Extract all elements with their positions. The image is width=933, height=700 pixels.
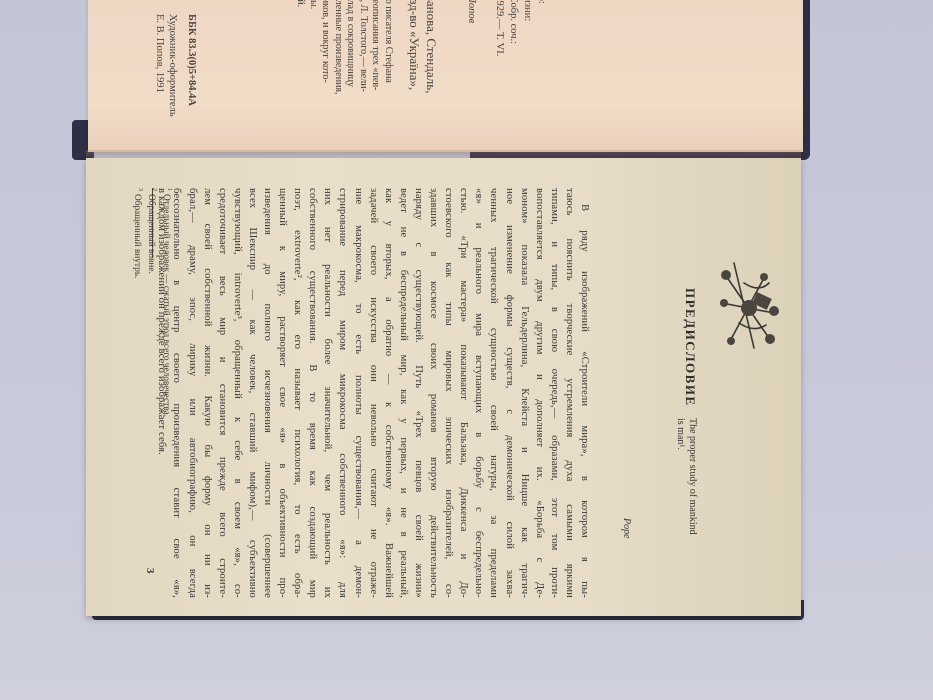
text-line: лей. xyxy=(294,0,307,95)
body-line: собственного существования. В то время к… xyxy=(305,188,320,598)
body-line: средоточивает весь мир и становится преж… xyxy=(215,188,230,598)
footnote-number: 1 xyxy=(166,188,172,191)
text-line: вклад в сокровищницу xyxy=(344,0,357,95)
text-line: оры. xyxy=(307,0,320,95)
ornament-bouquet-icon xyxy=(714,253,784,363)
body-line: чувствующий, introverte³, обращенный к с… xyxy=(230,188,245,598)
artist-name: Е. В. Попов, 1991 xyxy=(153,14,166,117)
body-line: здавших в космосе своих романов вторую д… xyxy=(426,188,441,598)
text-line: ого писателя Стефана xyxy=(382,0,395,95)
page-number: 3 xyxy=(144,568,156,574)
text-line: / Собр. соч.: xyxy=(506,0,520,56)
left-page-middle-fragments: азанова, Стендаль, Изд-во «Україна», xyxy=(406,0,440,93)
text-line: жизни: xyxy=(520,0,534,56)
body-line: них нет реальности более значительной, ч… xyxy=(320,188,335,598)
body-line: всех Шекспир — как человек, ставший мифо… xyxy=(245,188,260,598)
body-line: изведения до полного исчезновения личнос… xyxy=(260,188,275,598)
epigraph-line: is man¹. xyxy=(674,418,686,535)
text-line: ля, Л. Толстого,— вели- xyxy=(357,0,370,95)
left-page-top-fragments: по: жизни: / Собр. соч.: , 1929.— Т. VI.… xyxy=(464,0,548,56)
body-line: задачей своего искусства они невольно сч… xyxy=(366,188,381,598)
body-line: ное изменение формы существ, с демоничес… xyxy=(501,188,516,598)
footnote: 3Обращенный внутрь. xyxy=(130,188,145,417)
body-line: лем своей собственной жизни. Какую бы фо… xyxy=(200,188,215,598)
body-line: стью. «Три мастера» показывают Бальзака,… xyxy=(456,188,471,598)
main-page: ПРЕДИСЛОВИЕ The proper study of mankind … xyxy=(86,158,801,616)
left-page: по: жизни: / Собр. соч.: , 1929.— Т. VI.… xyxy=(88,0,803,152)
footnote-number: 3 xyxy=(137,188,143,191)
body-line: моном» показала Гельдерлина, Клейста и Н… xyxy=(517,188,532,598)
left-page-lower-fragments: ого писателя Стефана знеописания трех «п… xyxy=(294,0,394,95)
epigraph-author: Pope xyxy=(621,518,632,539)
text-line: исленные произведения, xyxy=(332,0,345,95)
body-line: как у вторых, а обратно — к собственному… xyxy=(381,188,396,598)
text-line xyxy=(478,0,492,56)
epigraph-line: The proper study of mankind xyxy=(686,418,698,535)
body-line: поэт, extroverte², как его называет псих… xyxy=(290,188,305,598)
text-line: Изд-во «Україна», xyxy=(406,0,423,93)
body-line: стоевского как типы мировых эпических из… xyxy=(441,188,456,598)
footnote-number: 2 xyxy=(151,188,157,191)
text-line: знеописания трех «пев- xyxy=(369,0,382,95)
body-line: ние макрокосма, то есть полноты существо… xyxy=(351,188,366,598)
text-line: . Попов xyxy=(464,0,478,56)
body-line: ведет не в беспредельный мир, как у перв… xyxy=(396,188,411,598)
footnote-text: Отдельный человек — сжатый этюд всего че… xyxy=(161,194,171,417)
body-line: стрирование перед миром микрокосма собст… xyxy=(335,188,350,598)
text-line: по: xyxy=(534,0,548,56)
text-line: азанова, Стендаль, xyxy=(423,0,440,93)
footnote: 2Обращенный вовне. xyxy=(145,188,160,417)
artist-label: Художник-оформитель xyxy=(166,14,179,117)
imprint: ББК 83.3(0)5+84.4А Художник-оформитель Е… xyxy=(153,14,198,117)
footnote-text: Обращенный внутрь. xyxy=(132,194,142,278)
footnotes: 1Отдельный человек — сжатый этюд всего ч… xyxy=(130,188,174,417)
bbk-code: ББК 83.3(0)5+84.4А xyxy=(185,14,198,117)
footnote: 1Отдельный человек — сжатый этюд всего ч… xyxy=(159,188,174,417)
footnote-text: Обращенный вовне. xyxy=(146,194,156,274)
text-line: шиков, и вокруг кото- xyxy=(319,0,332,95)
body-line: брал,— драму, эпос, лирику или автобиогр… xyxy=(184,188,199,598)
epigraph: The proper study of mankind is man¹. xyxy=(674,418,698,535)
page-title: ПРЕДИСЛОВИЕ xyxy=(682,288,698,407)
body-line: типами, и типы, в свою очередь,— образам… xyxy=(547,188,562,598)
body-line: ченных трагической сущностью своей натур… xyxy=(486,188,501,598)
body-line: наряду с существующей. Путь «Трех певцов… xyxy=(411,188,426,598)
body-line: таюсь пояснить творческие устремления ду… xyxy=(562,188,577,598)
body-line: «я» и реального мира вступающих в борьбу… xyxy=(471,188,486,598)
body-line: щенный к миру, растворяет свое «я» в объ… xyxy=(275,188,290,598)
body-line: В ряду изображений «Строители мира», в к… xyxy=(577,188,592,598)
body-text: В ряду изображений «Строители мира», в к… xyxy=(154,188,592,598)
body-line: вопоставляется двум другим и дополняет и… xyxy=(532,188,547,598)
text-line: , 1929.— Т. VI. xyxy=(492,0,506,56)
